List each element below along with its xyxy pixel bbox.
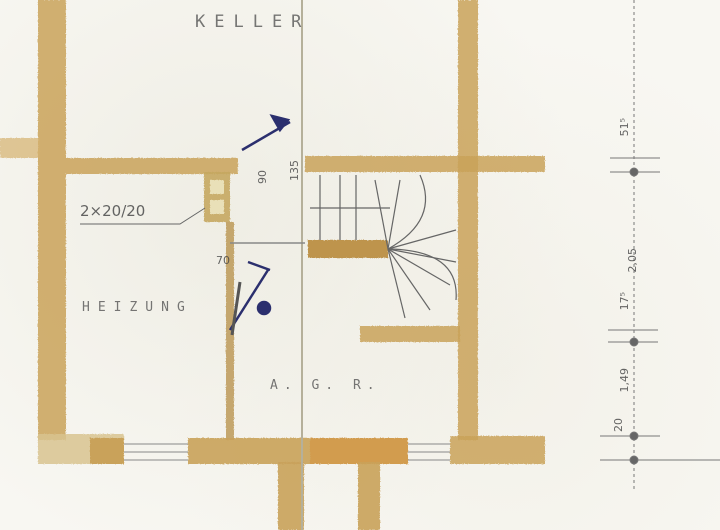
door-dimension: 70 [216, 254, 230, 267]
stair-dimension-1: 90 [256, 170, 269, 184]
room-label-heizung: HEIZUNG [82, 300, 193, 315]
stair-dimension-2: 135 [288, 160, 301, 181]
dimension-chain [600, 0, 720, 490]
dimension-label-4: 1,49 [618, 368, 631, 393]
walls [0, 0, 545, 530]
room-label-hall: A. G. R. [270, 378, 381, 393]
dimension-label-5: 20 [612, 418, 625, 432]
floor-plan-drawing [0, 0, 720, 530]
dimension-label-2: 2,05 [626, 248, 639, 273]
dimension-label-1: 51⁵ [618, 118, 631, 136]
chimney-annotation: 2×20/20 [80, 202, 145, 220]
room-label-keller: KELLER [195, 12, 310, 32]
dimension-label-3: 17⁵ [618, 292, 631, 310]
